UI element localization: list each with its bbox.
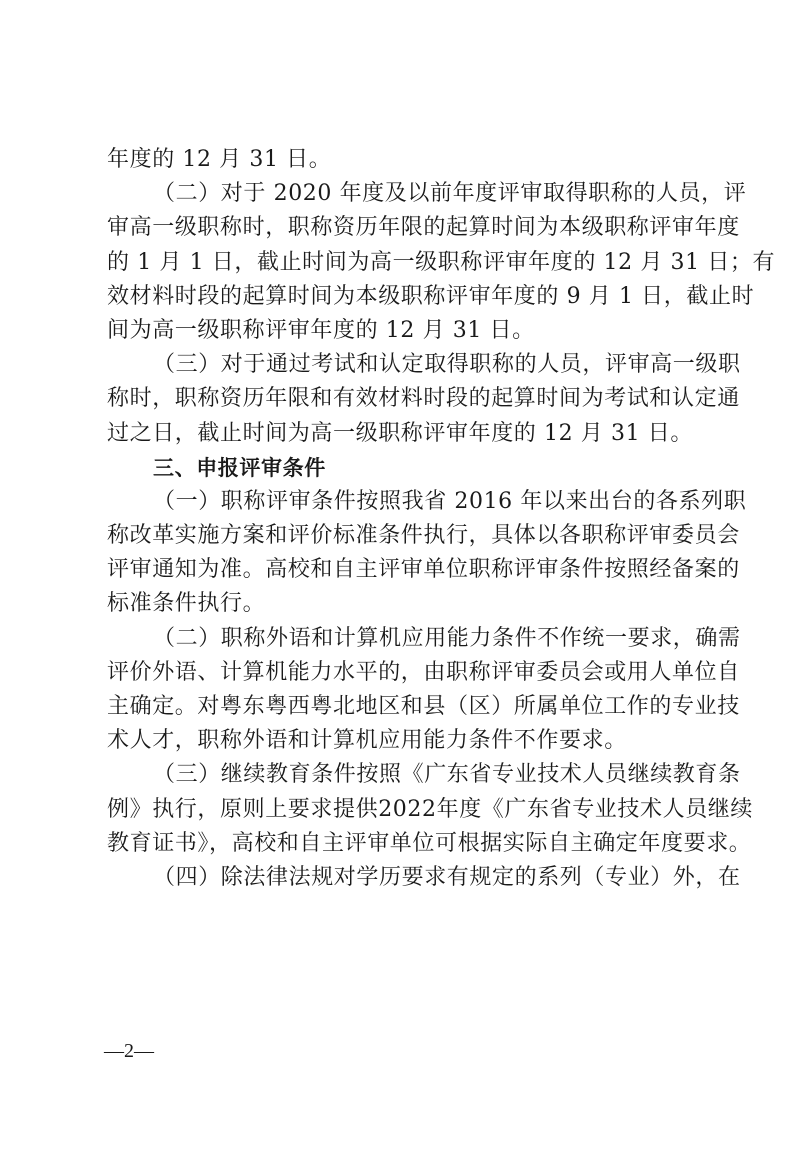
paragraph-item-3-2: （二）职称外语和计算机应用能力条件不作统一要求，确需 评价外语、计算机能力水平的… bbox=[107, 622, 711, 759]
page-number: —2— bbox=[104, 1040, 154, 1063]
paragraph-item-2-3: （三）对于通过考试和认定取得职称的人员，评审高一级职 称时，职称资历年限和有效材… bbox=[107, 348, 711, 451]
text-line: 间为高一级职称评审年度的 12 月 31 日。 bbox=[107, 314, 711, 348]
document-page: 年度的 12 月 31 日。 （二）对于 2020 年度及以前年度评审取得职称的… bbox=[107, 143, 711, 895]
paragraph-item-3-4: （四）除法律法规对学历要求有规定的系列（专业）外，在 bbox=[107, 861, 711, 895]
text-line: 例》执行，原则上要求提供2022年度《广东省专业技术人员继续 bbox=[107, 793, 711, 827]
text-line: （三）继续教育条件按照《广东省专业技术人员继续教育条 bbox=[107, 758, 711, 792]
text-line: 效材料时段的起算时间为本级职称评审年度的 9 月 1 日，截止时 bbox=[107, 280, 711, 314]
text-line: （二）对于 2020 年度及以前年度评审取得职称的人员，评 bbox=[107, 177, 711, 211]
text-line: （四）除法律法规对学历要求有规定的系列（专业）外，在 bbox=[107, 861, 711, 895]
paragraph-continuation: 年度的 12 月 31 日。 bbox=[107, 143, 711, 177]
text-line: 的 1 月 1 日，截止时间为高一级职称评审年度的 12 月 31 日；有 bbox=[107, 246, 711, 280]
text-line: 过之日，截止时间为高一级职称评审年度的 12 月 31 日。 bbox=[107, 417, 711, 451]
text-line: 教育证书》，高校和自主评审单位可根据实际自主确定年度要求。 bbox=[107, 827, 711, 861]
paragraph-item-3-3: （三）继续教育条件按照《广东省专业技术人员继续教育条 例》执行，原则上要求提供2… bbox=[107, 758, 711, 861]
text-line: 术人才，职称外语和计算机应用能力条件不作要求。 bbox=[107, 724, 711, 758]
text-line: 评审通知为准。高校和自主评审单位职称评审条件按照经备案的 bbox=[107, 553, 711, 587]
text-line: （二）职称外语和计算机应用能力条件不作统一要求，确需 bbox=[107, 622, 711, 656]
section-heading: 三、申报评审条件 bbox=[107, 451, 711, 485]
text-line: 评价外语、计算机能力水平的，由职称评审委员会或用人单位自 bbox=[107, 656, 711, 690]
text-line: （三）对于通过考试和认定取得职称的人员，评审高一级职 bbox=[107, 348, 711, 382]
text-line: 审高一级职称时，职称资历年限的起算时间为本级职称评审年度 bbox=[107, 211, 711, 245]
paragraph-item-2-2: （二）对于 2020 年度及以前年度评审取得职称的人员，评 审高一级职称时，职称… bbox=[107, 177, 711, 348]
text-line: 主确定。对粤东粤西粤北地区和县（区）所属单位工作的专业技 bbox=[107, 690, 711, 724]
text-line: 标准条件执行。 bbox=[107, 587, 711, 621]
text-line: 称改革实施方案和评价标准条件执行，具体以各职称评审委员会 bbox=[107, 519, 711, 553]
text-line: 称时，职称资历年限和有效材料时段的起算时间为考试和认定通 bbox=[107, 382, 711, 416]
text-line: （一）职称评审条件按照我省 2016 年以来出台的各系列职 bbox=[107, 485, 711, 519]
paragraph-item-3-1: （一）职称评审条件按照我省 2016 年以来出台的各系列职 称改革实施方案和评价… bbox=[107, 485, 711, 622]
heading-text: 三、申报评审条件 bbox=[107, 451, 711, 485]
text-line: 年度的 12 月 31 日。 bbox=[107, 143, 711, 177]
